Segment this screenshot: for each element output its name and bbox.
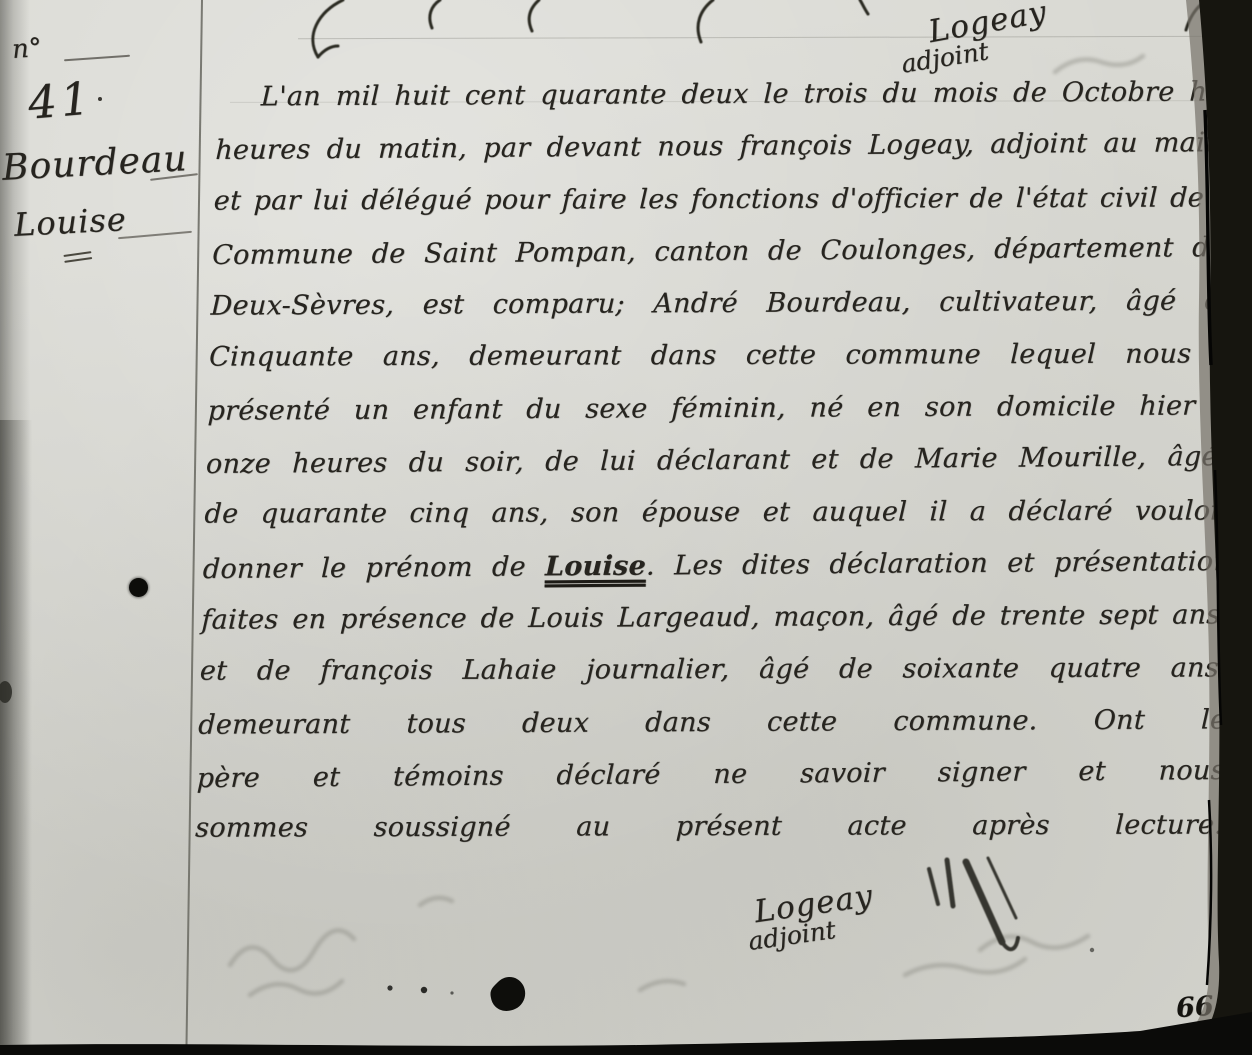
act-line: et par lui délégué pour faire les foncti… — [213, 172, 1243, 228]
act-number-dot — [98, 97, 102, 101]
act-line-given-name: donner le prénom de Louise. Les dites dé… — [202, 536, 1231, 596]
act-line: Deux-Sèvres, est comparu; André Bourdeau… — [210, 275, 1240, 333]
act-number: 41 — [26, 71, 96, 129]
margin-rule-line — [185, 0, 202, 1048]
act-line: de quarante cinq ans, son épouse et auqu… — [204, 486, 1234, 542]
ink-smudge — [929, 858, 1018, 949]
act-line: présenté un enfant du sexe féminin, né e… — [207, 380, 1237, 438]
act-line: heures du matin, par devant nous françoi… — [215, 117, 1244, 177]
act-body-text: L'an mil huit cent quarante deux le troi… — [194, 66, 1245, 856]
margin-surname: Bourdeau — [1, 138, 188, 189]
act-line: Cinquante ans, demeurant dans cette comm… — [208, 329, 1238, 385]
page-number: 66 — [1175, 991, 1215, 1025]
margin-given-name: Louise — [13, 200, 128, 244]
page-fold-shadow-lower — [0, 420, 36, 1055]
previous-entry-strokes — [313, 0, 1239, 58]
act-line: père et témoins déclaré ne savoir signer… — [196, 745, 1225, 805]
given-name-flourish-stroke — [118, 231, 192, 239]
act-line: demeurant tous deux dans cette commune. … — [197, 694, 1227, 752]
name-line-prefix: donner le prénom de — [202, 551, 545, 585]
act-line: Commune de Saint Pompan, canton de Coulo… — [211, 222, 1240, 282]
ink-dot-mark — [129, 578, 148, 597]
act-line: et de françois Lahaie journalier, âgé de… — [199, 643, 1229, 699]
bottom-edge-band — [0, 1012, 1252, 1055]
registry-page-scan: n° 41 Bourdeau Louise Logeay adjoint L'a… — [0, 0, 1252, 1055]
ink-blot — [387, 948, 1094, 1011]
underlined-given-name: Louise — [545, 550, 647, 582]
margin-equals-mark — [63, 251, 92, 265]
act-line: faites en présence de Louis Largeaud, ma… — [201, 589, 1231, 647]
faint-guideline — [298, 36, 1242, 39]
name-line-suffix: . Les dites déclaration et présentation — [646, 546, 1232, 582]
margin-number-dash — [64, 55, 130, 62]
act-line: L'an mil huit cent quarante deux le troi… — [216, 66, 1246, 124]
margin-number-label: n° — [11, 33, 43, 65]
act-line: onze heures du soir, de lui déclarant et… — [205, 431, 1234, 491]
act-line: sommes soussigné au présent acte après l… — [194, 800, 1224, 856]
